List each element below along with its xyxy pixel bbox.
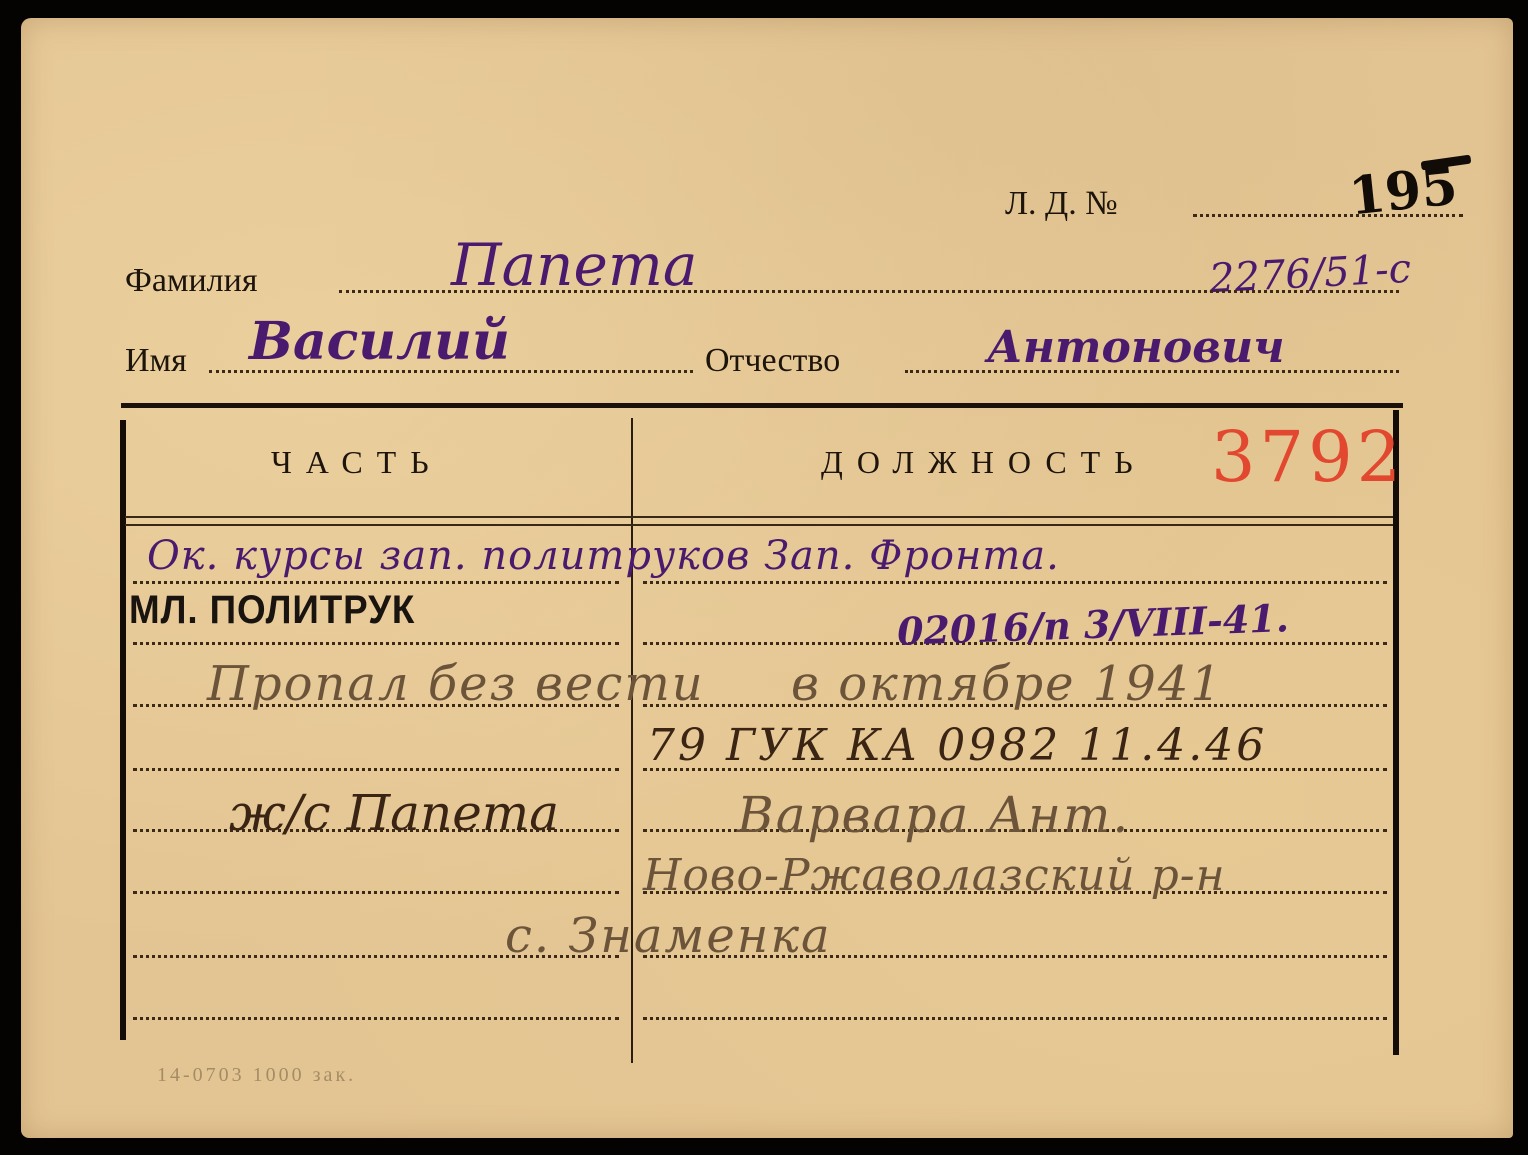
table-column-divider [631, 418, 633, 1063]
row-line [133, 891, 619, 894]
surname-label: Фамилия [125, 264, 257, 298]
missing-status: Пропал без вести [207, 660, 705, 708]
column-header-part: ЧАСТЬ [271, 444, 443, 481]
row-line [133, 642, 619, 645]
patronymic-label: Отчество [705, 344, 840, 378]
table-header-separator [125, 516, 1393, 526]
surname-value: Папета [451, 236, 697, 294]
patronymic-value: Антонович [987, 326, 1285, 370]
column-header-position: ДОЛЖНОСТЬ [821, 444, 1147, 481]
row-line [643, 1017, 1387, 1020]
ld-number-label: Л. Д. № [1005, 187, 1118, 221]
record-reference: 79 ГУК КА 0982 11.4.46 [647, 724, 1267, 768]
relative-entry: ж/с Папета [229, 788, 559, 838]
missing-date: в октябре 1941 [791, 660, 1223, 708]
relative-name: Варвара Ант. [737, 790, 1130, 840]
unit-entry: Ок. курсы зап. политруков Зап. Фронта. [147, 536, 1060, 576]
name-label: Имя [125, 344, 187, 378]
record-card: Л. Д. № 195 2276/51-с Фамилия Папета Имя… [21, 18, 1513, 1138]
row-line [133, 768, 619, 771]
row-line [133, 581, 619, 584]
row-line [643, 581, 1387, 584]
relative-district: Ново-Ржаволазский р-н [643, 854, 1226, 898]
print-code: 14-0703 1000 зак. [157, 1064, 356, 1087]
name-value: Василий [249, 316, 510, 368]
table-left-border [120, 420, 126, 1040]
row-line [133, 1017, 619, 1020]
table-right-border [1393, 410, 1399, 1055]
rank-stamp: МЛ. ПОЛИТРУК [129, 588, 415, 633]
red-pencil-number: 3792 [1211, 422, 1405, 492]
relative-village: с. Знаменка [505, 912, 832, 960]
table-top-border [121, 403, 1403, 408]
ld-number-value: 195 [1347, 160, 1460, 223]
